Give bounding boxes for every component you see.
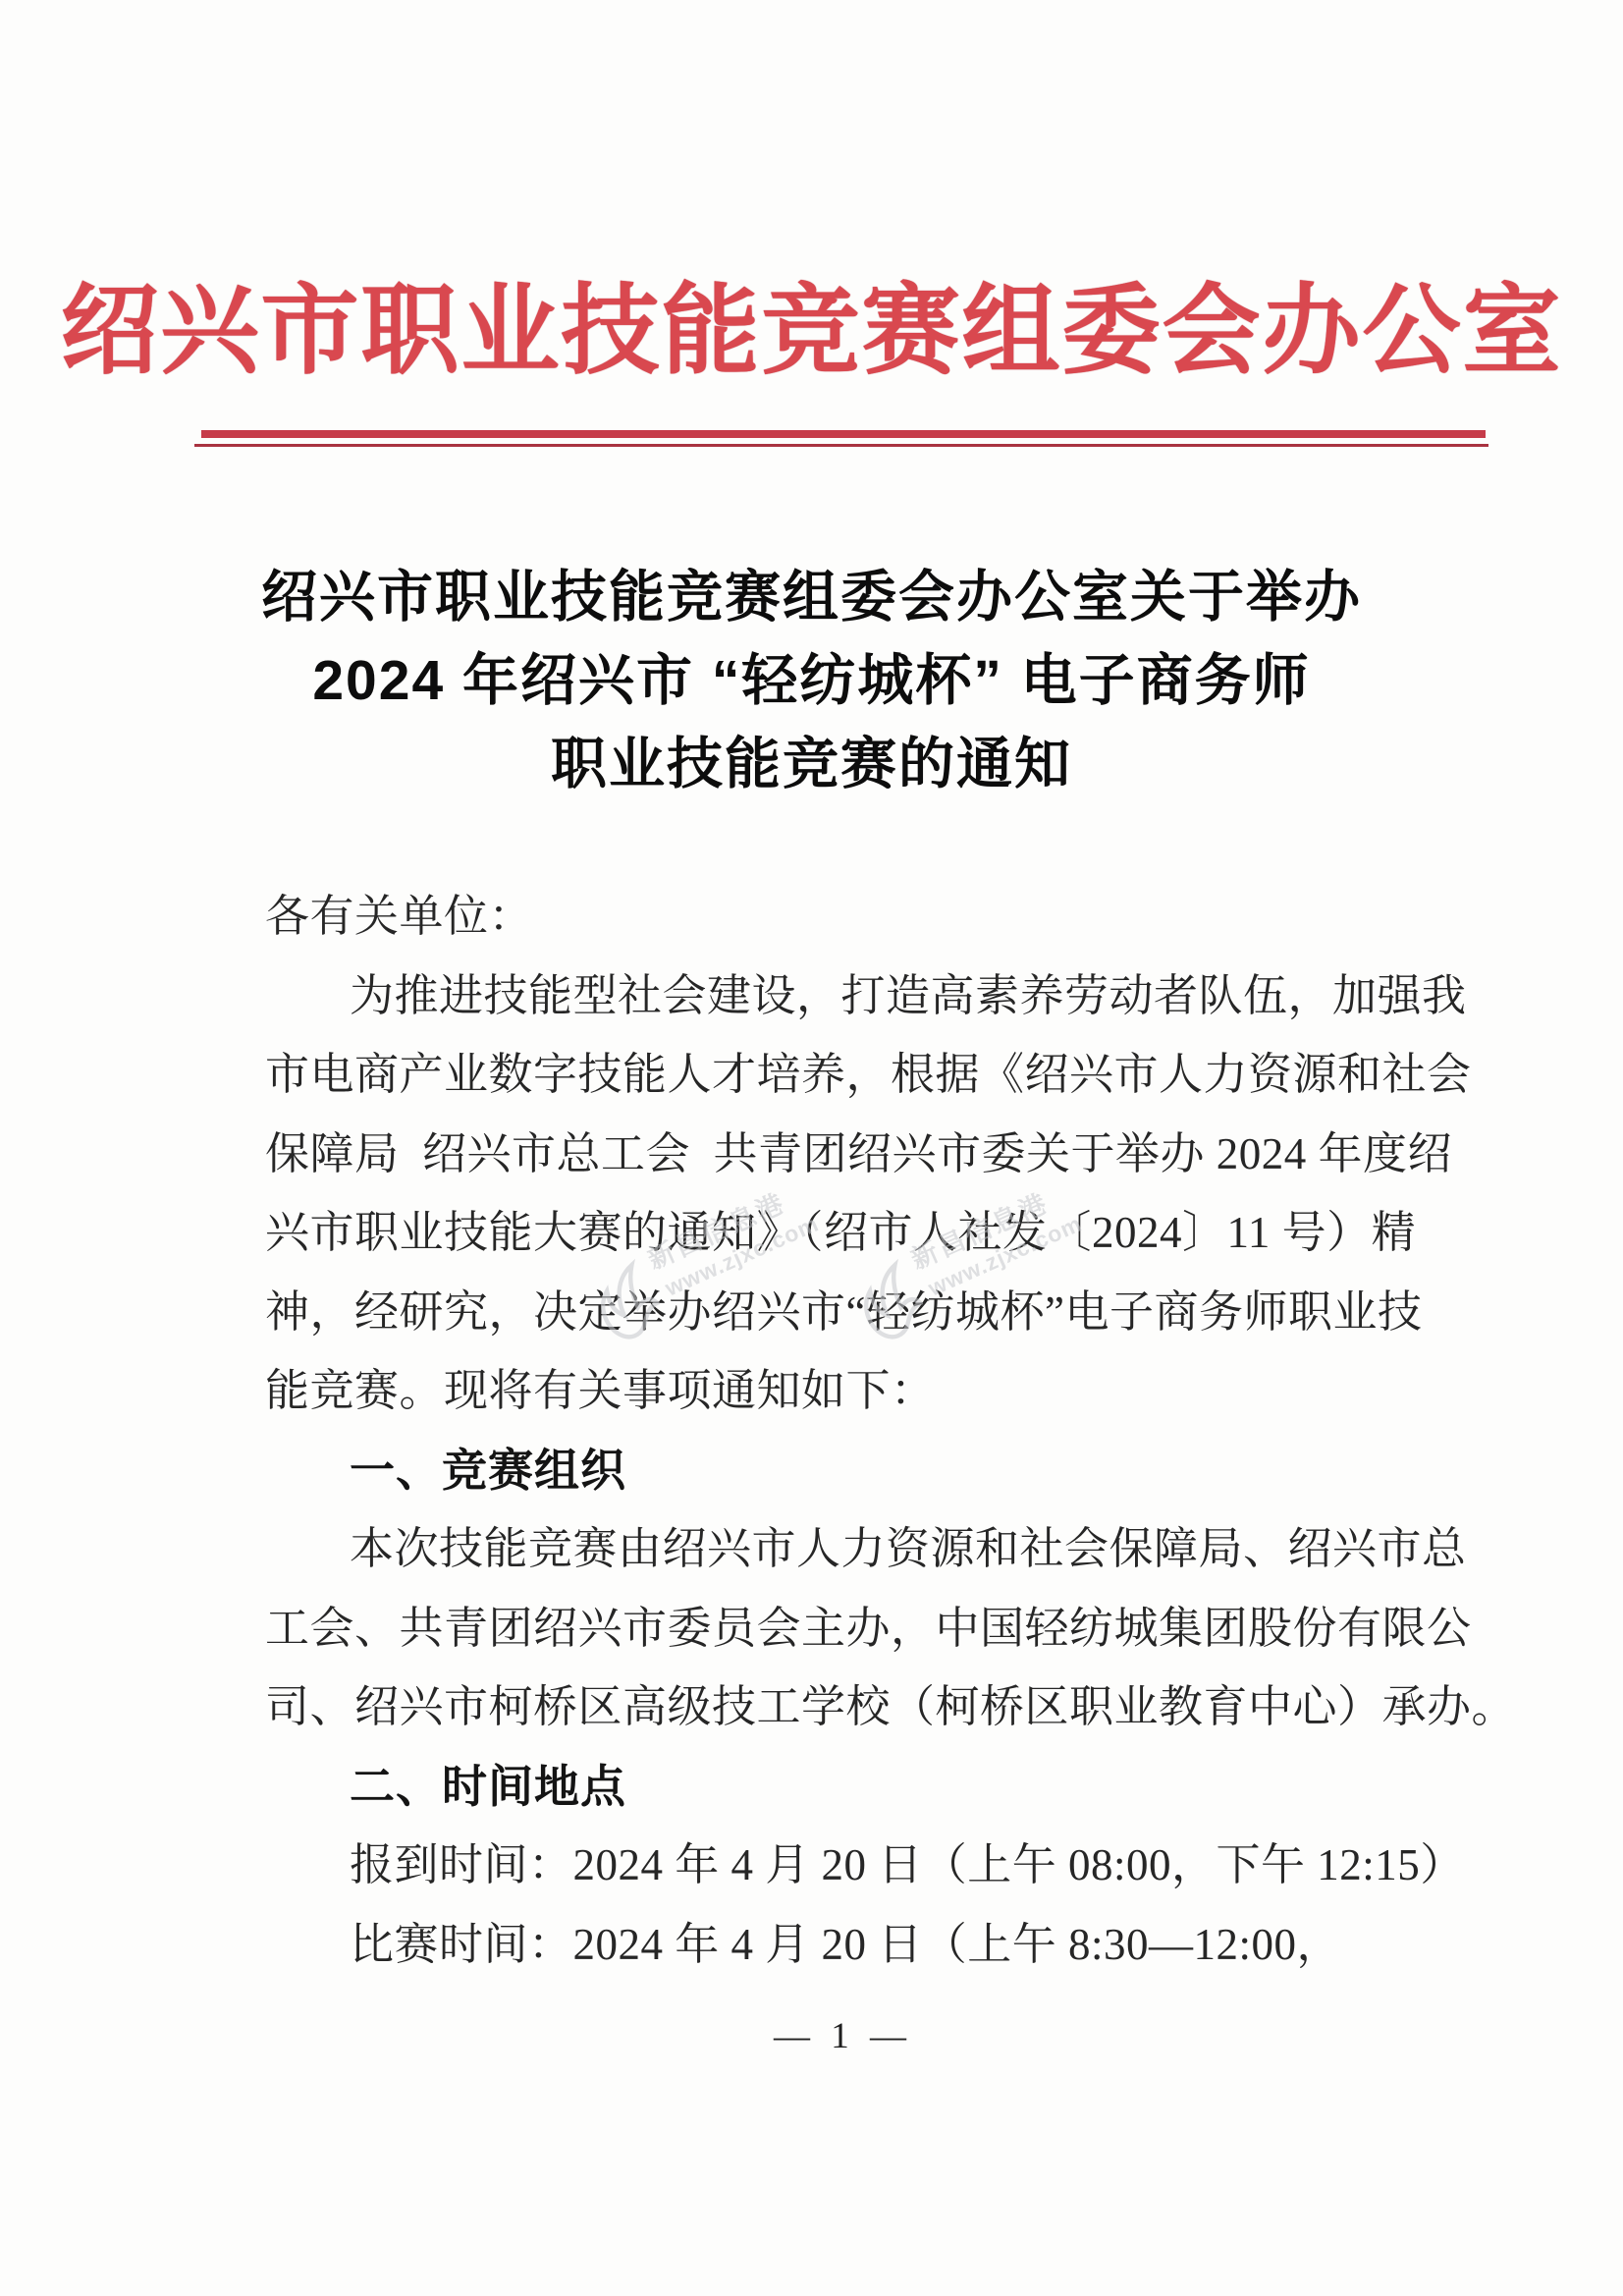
body-text-line: 保障局 绍兴市总工会 共青团绍兴市委关于举办 2024 年度绍 bbox=[265, 1115, 1522, 1194]
document-page: 绍兴市职业技能竞赛组委会办公室 绍兴市职业技能竞赛组委会办公室关于举办 2024… bbox=[0, 0, 1623, 2296]
body-text-line: 司、绍兴市柯桥区高级技工学校（柯桥区职业教育中心）承办。 bbox=[265, 1667, 1522, 1747]
body-text-line: 工会、共青团绍兴市委员会主办，中国轻纺城集团股份有限公 bbox=[265, 1589, 1522, 1668]
body-text-line: 为推进技能型社会建设，打造高素养劳动者队伍，加强我 bbox=[265, 957, 1522, 1036]
body-text-line: 神，经研究，决定举办绍兴市“轻纺城杯”电子商务师职业技 bbox=[265, 1273, 1522, 1352]
body-text-line: 兴市职业技能大赛的通知》（绍市人社发〔2024〕11 号）精 bbox=[265, 1193, 1522, 1273]
letterhead-rule-thick bbox=[201, 430, 1486, 438]
page-number: — 1 — bbox=[63, 2015, 1623, 2057]
body-text-line: 市电商产业数字技能人才培养，根据《绍兴市人力资源和社会 bbox=[265, 1035, 1522, 1115]
body-text-line: 报到时间：2024 年 4 月 20 日（上午 08:00，下午 12:15） bbox=[265, 1826, 1522, 1905]
body-text-line: 各有关单位： bbox=[265, 877, 1522, 957]
document-title-line-2: 2024 年绍兴市 “轻纺城杯” 电子商务师 bbox=[0, 639, 1623, 723]
section-heading: 二、时间地点 bbox=[265, 1747, 1522, 1827]
document-title: 绍兴市职业技能竞赛组委会办公室关于举办 2024 年绍兴市 “轻纺城杯” 电子商… bbox=[0, 556, 1623, 806]
body-text-line: 能竞赛。现将有关事项通知如下： bbox=[265, 1351, 1522, 1431]
letterhead-title: 绍兴市职业技能竞赛组委会办公室 bbox=[0, 271, 1623, 393]
document-title-line-3: 职业技能竞赛的通知 bbox=[0, 723, 1623, 806]
body-text-line: 本次技能竞赛由绍兴市人力资源和社会保障局、绍兴市总 bbox=[265, 1509, 1522, 1589]
section-heading: 一、竞赛组织 bbox=[265, 1431, 1522, 1510]
letterhead-rule-thin bbox=[194, 444, 1488, 447]
body-text-line: 比赛时间：2024 年 4 月 20 日（上午 8:30—12:00， bbox=[265, 1905, 1522, 1985]
document-body: 各有关单位：为推进技能型社会建设，打造高素养劳动者队伍，加强我市电商产业数字技能… bbox=[265, 877, 1522, 1984]
document-title-line-1: 绍兴市职业技能竞赛组委会办公室关于举办 bbox=[0, 556, 1623, 639]
